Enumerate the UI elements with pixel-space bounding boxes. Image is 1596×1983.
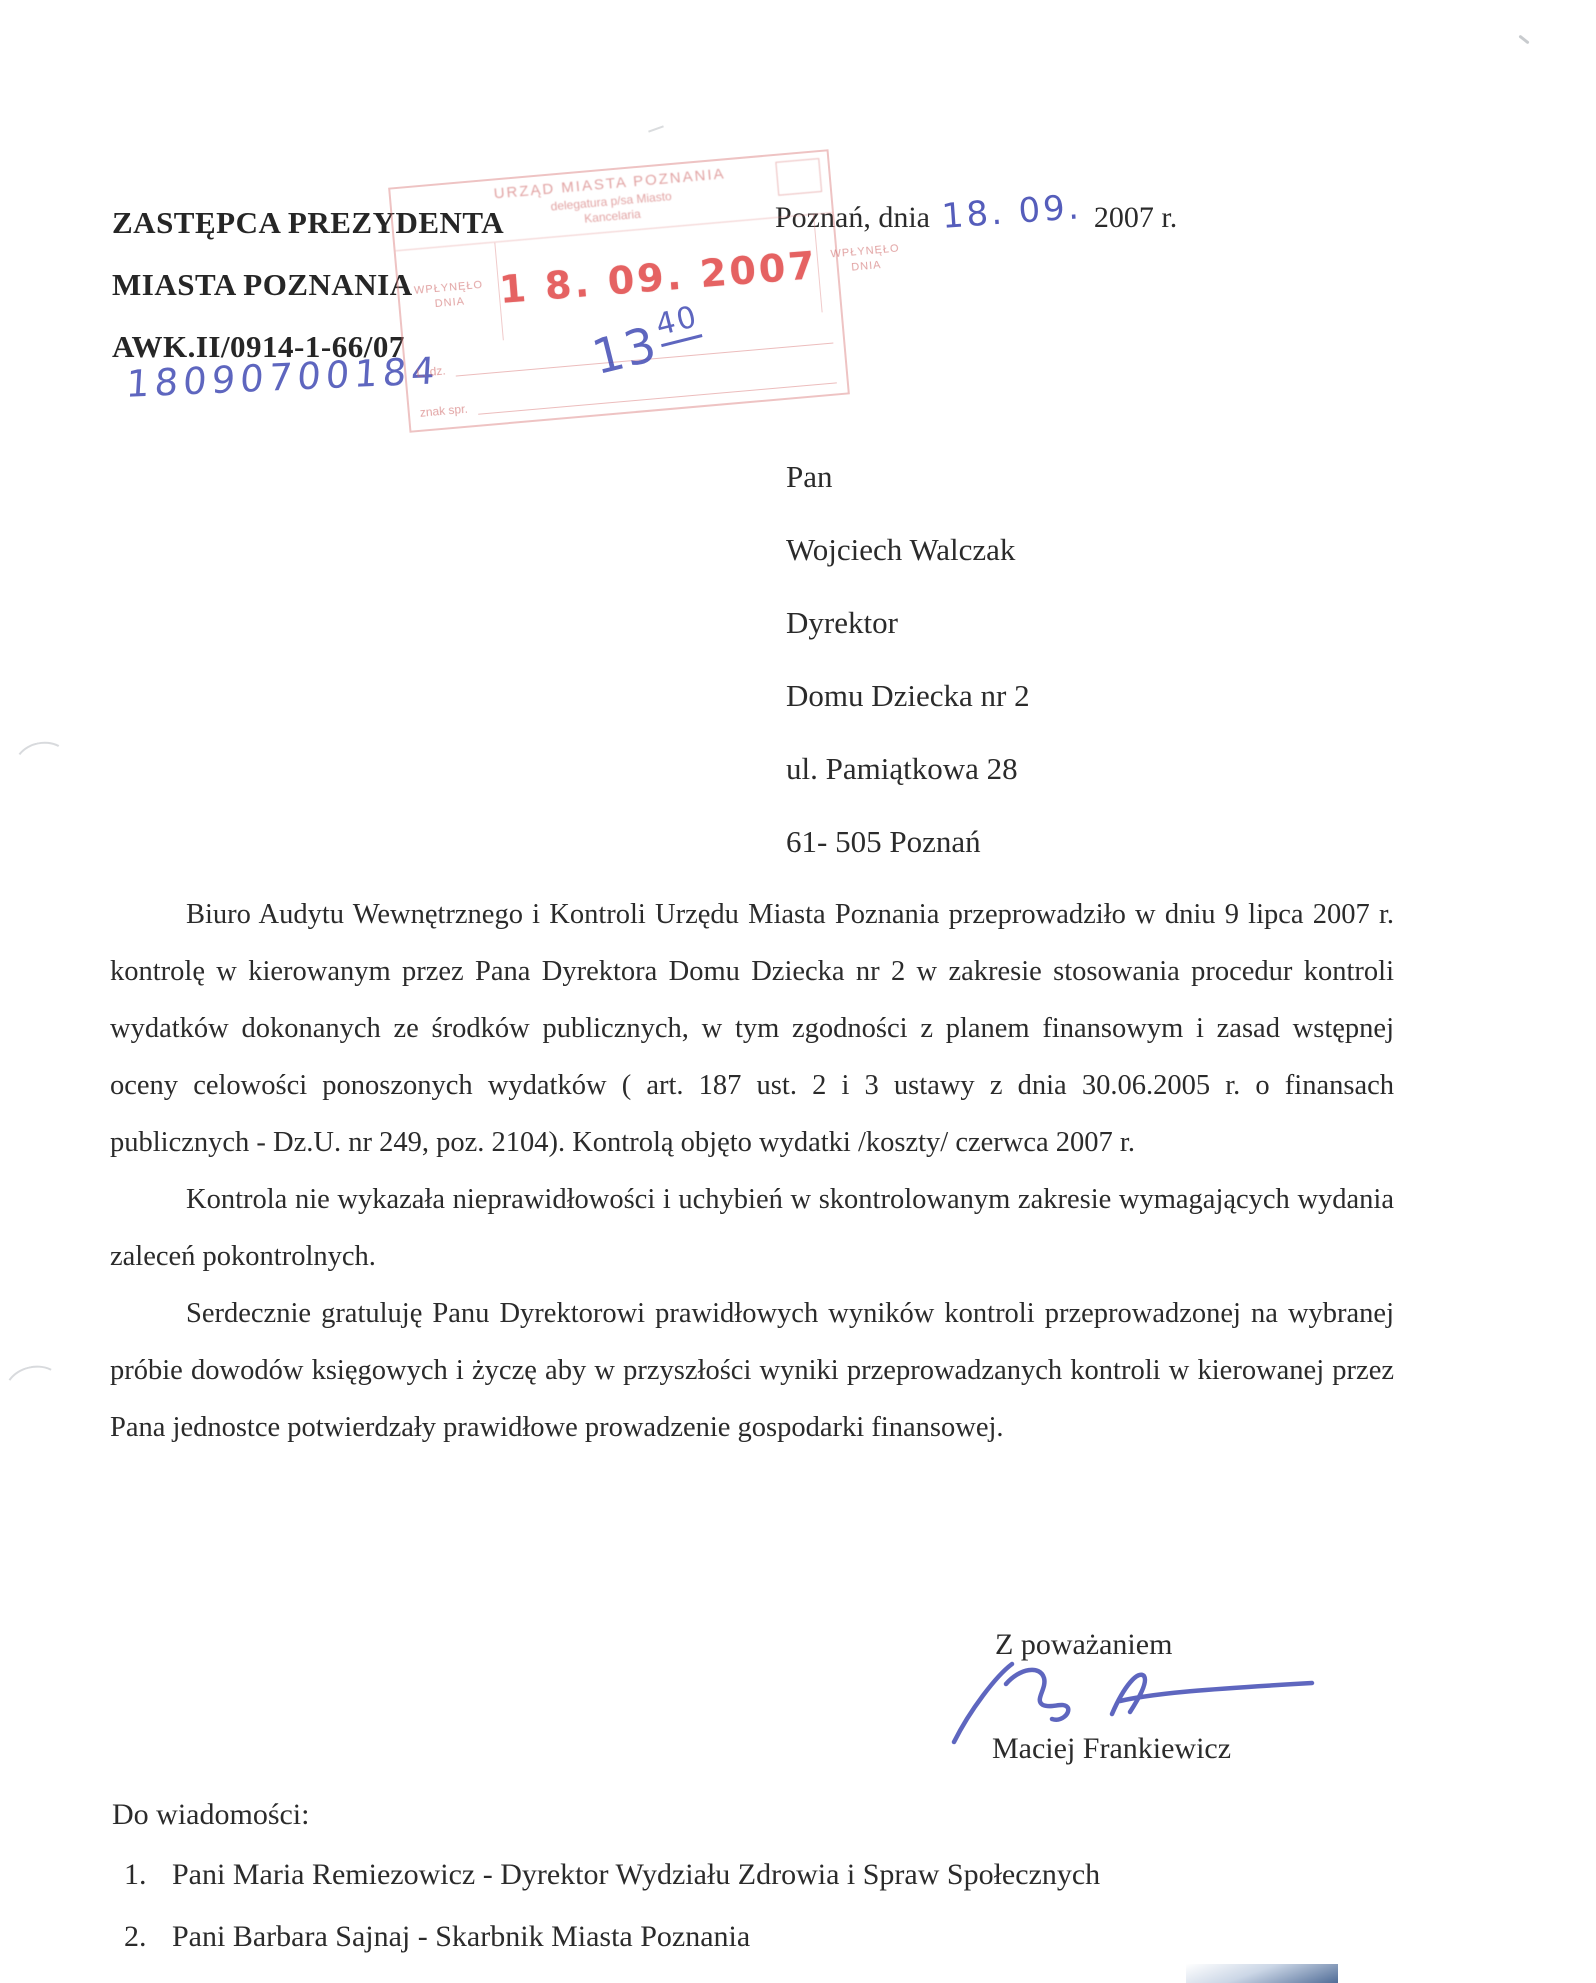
recipient-block: Pan Wojciech Walczak Dyrektor Domu Dziec… (786, 440, 1030, 878)
handwritten-date: 18. 09. (940, 187, 1082, 237)
scanned-letter-page: ZASTĘPCA PREZYDENTA MIASTA POZNANIA AWK.… (0, 0, 1596, 1983)
scan-artifact-blue-edge (1186, 1964, 1338, 1983)
scan-artifact-mark (648, 125, 664, 132)
cc-heading: Do wiadomości: (112, 1798, 309, 1832)
body-paragraph-3: Serdecznie gratuluję Panu Dyrektorowi pr… (110, 1285, 1394, 1456)
stamp-znak-line (478, 382, 837, 414)
recipient-line: Wojciech Walczak (786, 513, 1030, 586)
scan-artifact-arc (0, 1359, 69, 1420)
body-paragraph-2: Kontrola nie wykazała nieprawidłowości i… (110, 1171, 1394, 1285)
cc-item: 1. Pani Maria Remiezowicz - Dyrektor Wyd… (124, 1858, 1100, 1892)
dateline-year: 2007 r. (1094, 201, 1177, 235)
letter-body: Biuro Audytu Wewnętrznego i Kontroli Urz… (110, 886, 1394, 1456)
stamp-corner-box (775, 158, 822, 196)
recipient-line: ul. Pamiątkowa 28 (786, 732, 1030, 805)
recipient-line: 61- 505 Poznań (786, 805, 1030, 878)
scan-artifact-mark (1518, 35, 1529, 45)
cc-item-text: Pani Maria Remiezowicz - Dyrektor Wydzia… (172, 1858, 1100, 1892)
stamp-received-label-right: WPŁYNĘŁO DNIA (813, 206, 917, 312)
recipient-line: Pan (786, 440, 1030, 513)
body-paragraph-1: Biuro Audytu Wewnętrznego i Kontroli Urz… (110, 886, 1394, 1171)
stamp-received-label-left: WPŁYNĘŁO DNIA (396, 243, 504, 349)
recipient-line: Domu Dziecka nr 2 (786, 659, 1030, 732)
stamp-ldz-label: L. dz. (416, 363, 446, 380)
cc-item-number: 1. (124, 1858, 172, 1892)
signature-scribble (940, 1650, 1330, 1745)
intake-stamp: URZĄD MIASTA POZNANIA delegatura p/sa Mi… (388, 149, 850, 433)
stamp-znak-label: znak spr. (419, 402, 468, 420)
cc-item-text: Pani Barbara Sajnaj - Skarbnik Miasta Po… (172, 1920, 750, 1954)
recipient-line: Dyrektor (786, 586, 1030, 659)
signer-name: Maciej Frankiewicz (992, 1732, 1231, 1766)
scan-artifact-arc (10, 737, 74, 792)
cc-item-number: 2. (124, 1920, 172, 1954)
cc-item: 2. Pani Barbara Sajnaj - Skarbnik Miasta… (124, 1920, 750, 1954)
